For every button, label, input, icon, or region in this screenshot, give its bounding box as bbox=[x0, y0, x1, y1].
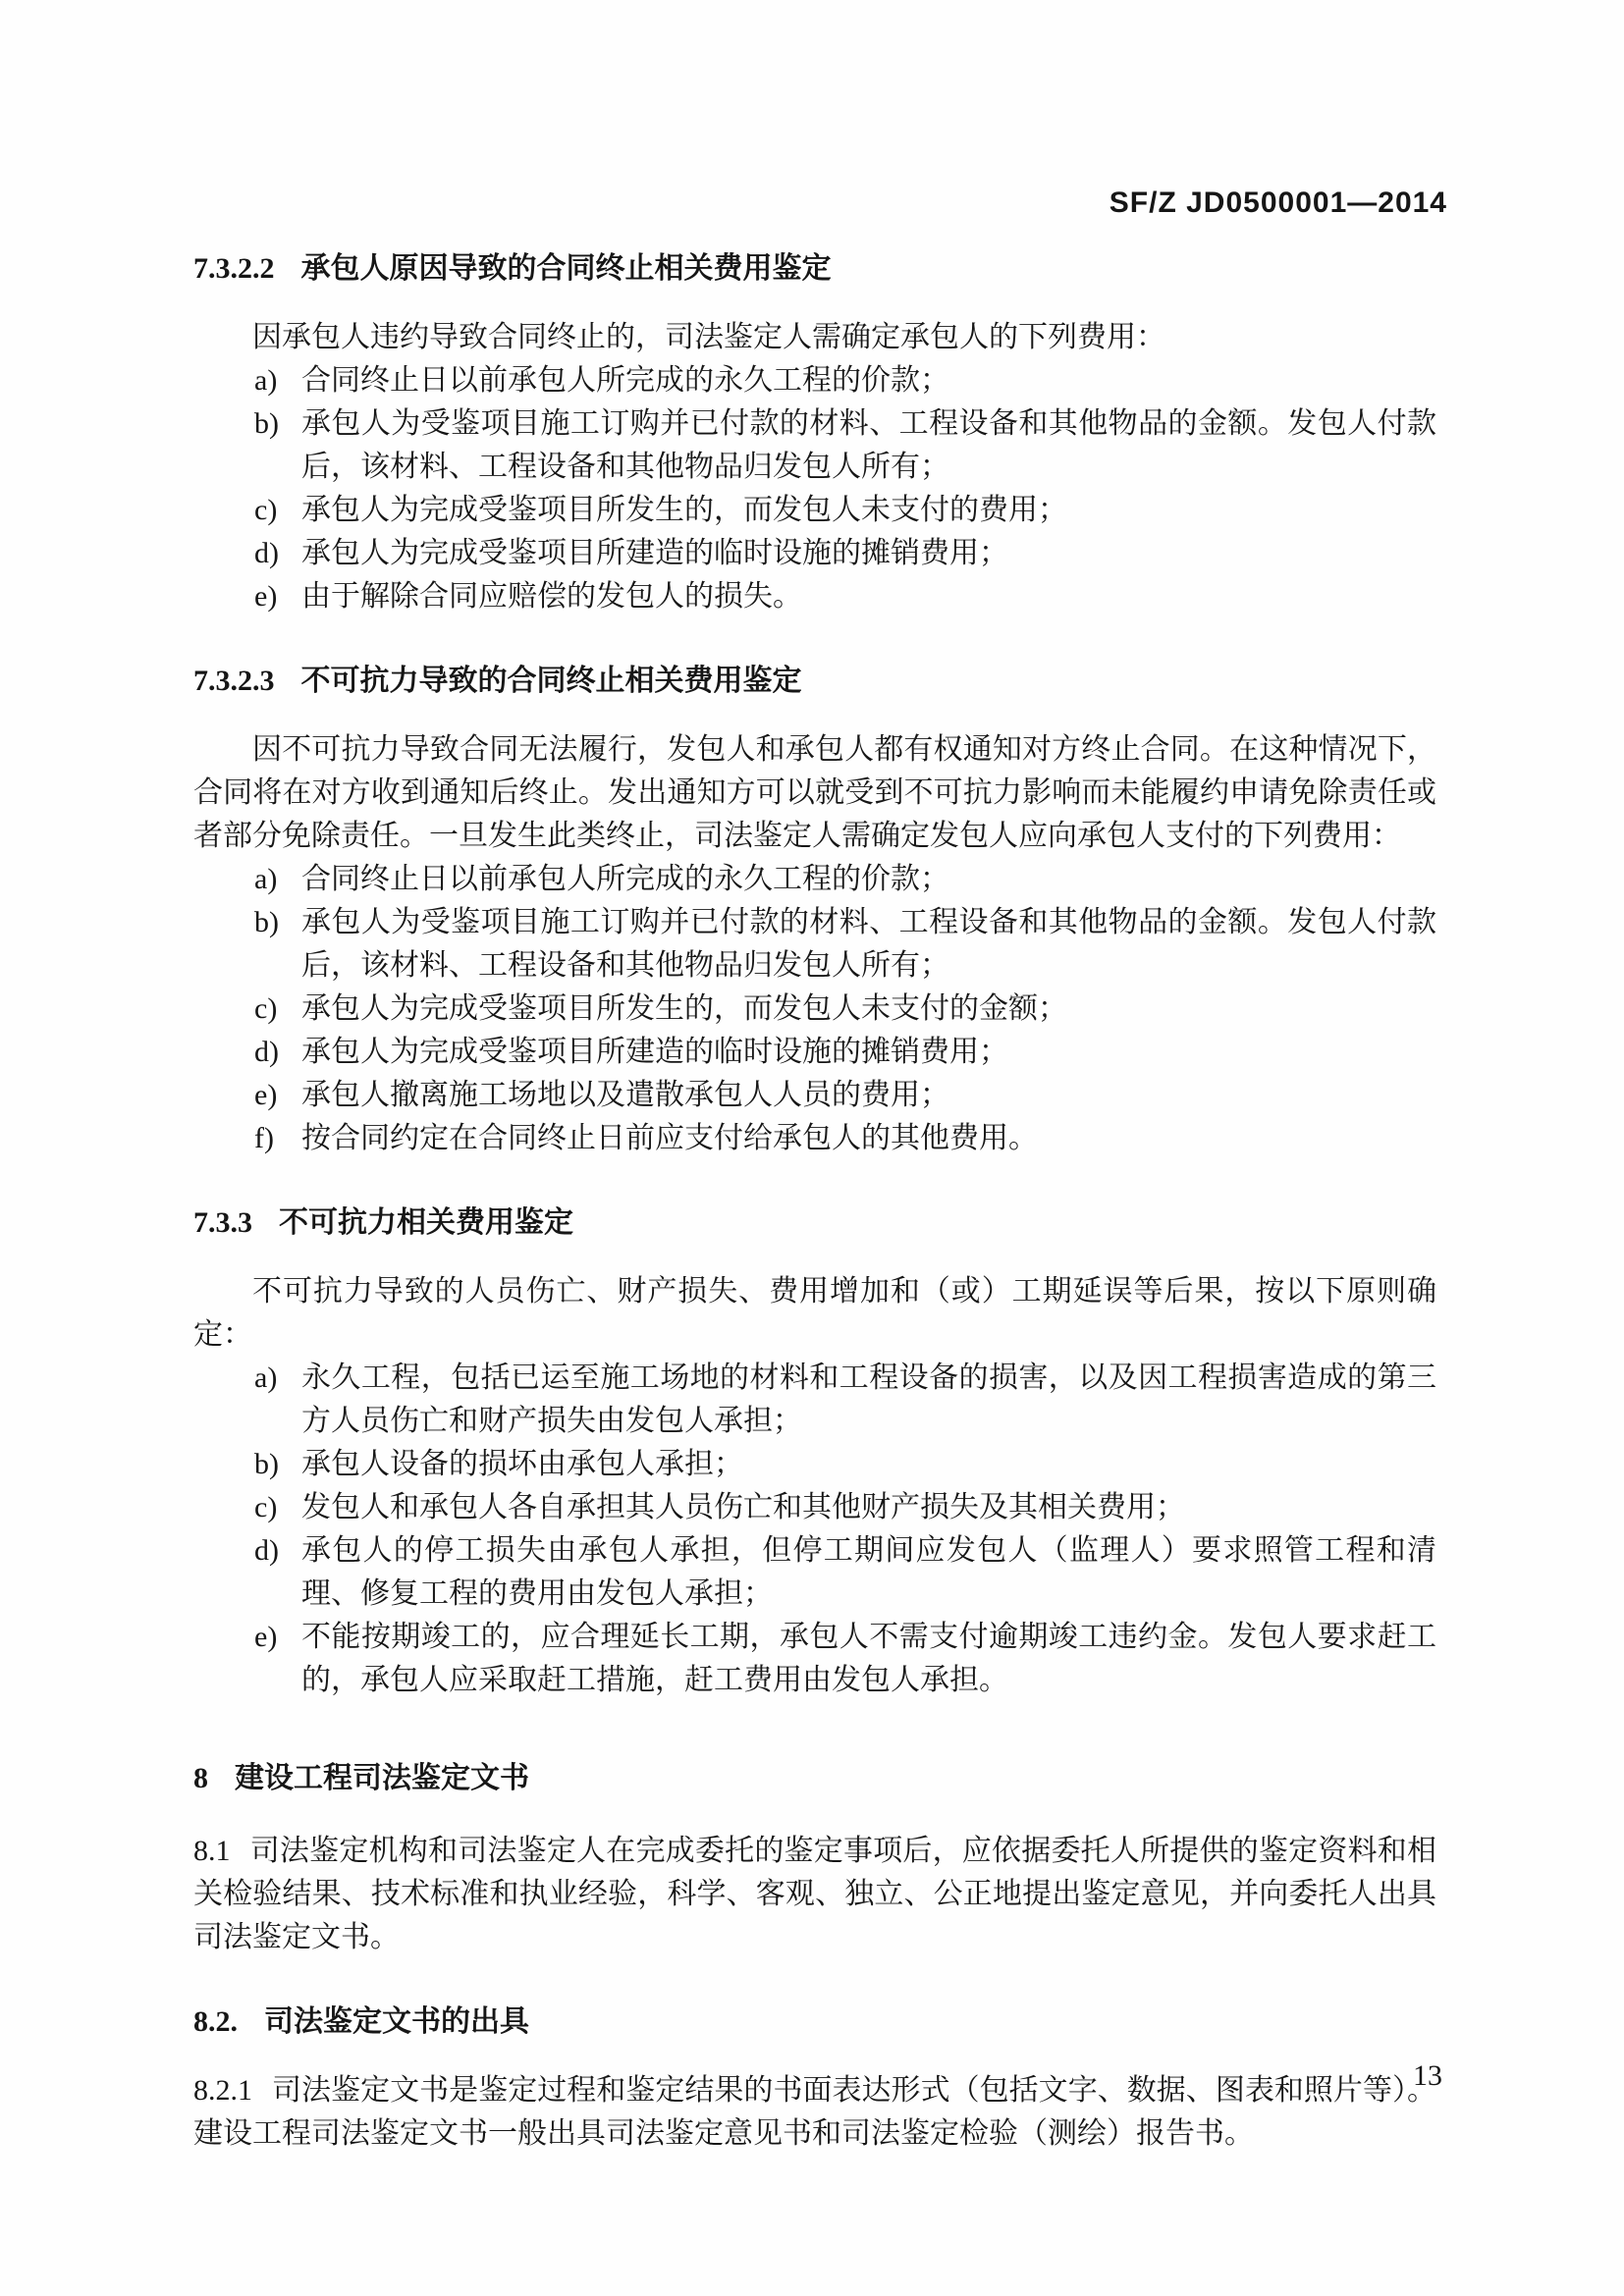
clause-821: 8.2.1司法鉴定文书是鉴定过程和鉴定结果的书面表达形式（包括文字、数据、图表和… bbox=[193, 2069, 1436, 2156]
section-heading-7323: 7.3.2.3不可抗力导致的合同终止相关费用鉴定 bbox=[193, 660, 1436, 703]
clause-text: 司法鉴定机构和司法鉴定人在完成委托的鉴定事项后，应依据委托人所提供的鉴定资料和相… bbox=[193, 1835, 1436, 1953]
section-intro-733: 不可抗力导致的人员伤亡、财产损失、费用增加和（或）工期延误等后果，按以下原则确定… bbox=[193, 1270, 1436, 1357]
list-item: d)承包人为完成受鉴项目所建造的临时设施的摊销费用； bbox=[193, 532, 1436, 575]
section-title: 承包人原因导致的合同终止相关费用鉴定 bbox=[301, 252, 832, 285]
list-item: c)承包人为完成受鉴项目所发生的，而发包人未支付的费用； bbox=[193, 489, 1436, 532]
chapter-number: 8 bbox=[193, 1757, 208, 1800]
list-item: b)承包人设备的损坏由承包人承担； bbox=[193, 1443, 1436, 1486]
list-item: a)合同终止日以前承包人所完成的永久工程的价款； bbox=[193, 359, 1436, 402]
section-number: 7.3.3 bbox=[193, 1201, 252, 1245]
list-item-label: f) bbox=[254, 1117, 274, 1160]
section-number: 7.3.2.3 bbox=[193, 660, 275, 703]
list-item: c)发包人和承包人各自承担其人员伤亡和其他财产损失及其相关费用； bbox=[193, 1486, 1436, 1529]
list-item-text: 承包人为完成受鉴项目所建造的临时设施的摊销费用； bbox=[301, 1036, 1008, 1068]
list-item-label: a) bbox=[254, 359, 277, 402]
list-item: d)承包人为完成受鉴项目所建造的临时设施的摊销费用； bbox=[193, 1031, 1436, 1074]
list-item: b)承包人为受鉴项目施工订购并已付款的材料、工程设备和其他物品的金额。发包人付款… bbox=[193, 402, 1436, 489]
list-item-label: a) bbox=[254, 858, 277, 901]
list-item-text: 承包人为受鉴项目施工订购并已付款的材料、工程设备和其他物品的金额。发包人付款后，… bbox=[301, 407, 1436, 483]
section-heading-7322: 7.3.2.2承包人原因导致的合同终止相关费用鉴定 bbox=[193, 247, 1436, 291]
list-item-text: 承包人为完成受鉴项目所发生的，而发包人未支付的金额； bbox=[301, 992, 1067, 1025]
list-item: f)按合同约定在合同终止日前应支付给承包人的其他费用。 bbox=[193, 1117, 1436, 1160]
list-item: b)承包人为受鉴项目施工订购并已付款的材料、工程设备和其他物品的金额。发包人付款… bbox=[193, 901, 1436, 988]
list-item-label: d) bbox=[254, 1031, 279, 1074]
list-item-label: d) bbox=[254, 1529, 279, 1573]
section-heading-733: 7.3.3不可抗力相关费用鉴定 bbox=[193, 1201, 1436, 1245]
list-item-text: 承包人的停工损失由承包人承担，但停工期间应发包人（监理人）要求照管工程和清理、修… bbox=[301, 1534, 1436, 1610]
list-item-text: 由于解除合同应赔偿的发包人的损失。 bbox=[301, 580, 802, 613]
list-item-text: 不能按期竣工的，应合理延长工期，承包人不需支付逾期竣工违约金。发包人要求赶工的，… bbox=[301, 1621, 1436, 1696]
list-item-label: e) bbox=[254, 1074, 277, 1117]
section-intro-7322: 因承包人违约导致合同终止的，司法鉴定人需确定承包人的下列费用： bbox=[193, 316, 1436, 359]
list-item: d)承包人的停工损失由承包人承担，但停工期间应发包人（监理人）要求照管工程和清理… bbox=[193, 1529, 1436, 1616]
list-item-text: 发包人和承包人各自承担其人员伤亡和其他财产损失及其相关费用； bbox=[301, 1491, 1185, 1523]
chapter-title: 建设工程司法鉴定文书 bbox=[235, 1762, 529, 1794]
page-number: 13 bbox=[1413, 2059, 1442, 2093]
list-item-text: 承包人撤离施工场地以及遣散承包人人员的费用； bbox=[301, 1079, 949, 1111]
clause-number: 8.2.1 bbox=[193, 2069, 252, 2112]
list-item-text: 承包人为完成受鉴项目所建造的临时设施的摊销费用； bbox=[301, 537, 1008, 569]
list-item-label: b) bbox=[254, 901, 279, 944]
list-item-label: d) bbox=[254, 532, 279, 575]
list-item: c)承包人为完成受鉴项目所发生的，而发包人未支付的金额； bbox=[193, 988, 1436, 1031]
list-item-label: b) bbox=[254, 1443, 279, 1486]
list-item-label: e) bbox=[254, 575, 277, 618]
page-content: 7.3.2.2承包人原因导致的合同终止相关费用鉴定 因承包人违约导致合同终止的，… bbox=[193, 0, 1436, 2156]
chapter-heading-8: 8建设工程司法鉴定文书 bbox=[193, 1757, 1436, 1800]
section-intro-7323: 因不可抗力导致合同无法履行，发包人和承包人都有权通知对方终止合同。在这种情况下，… bbox=[193, 728, 1436, 858]
list-item-text: 承包人为受鉴项目施工订购并已付款的材料、工程设备和其他物品的金额。发包人付款后，… bbox=[301, 906, 1436, 982]
list-item: a)合同终止日以前承包人所完成的永久工程的价款； bbox=[193, 858, 1436, 901]
list-item-label: c) bbox=[254, 489, 277, 532]
list-item-text: 合同终止日以前承包人所完成的永久工程的价款； bbox=[301, 364, 949, 397]
section-title: 不可抗力导致的合同终止相关费用鉴定 bbox=[301, 665, 802, 697]
list-item-label: a) bbox=[254, 1357, 277, 1400]
list-item-text: 承包人为完成受鉴项目所发生的，而发包人未支付的费用； bbox=[301, 494, 1067, 526]
clause-text: 司法鉴定文书是鉴定过程和鉴定结果的书面表达形式（包括文字、数据、图表和照片等）。… bbox=[193, 2074, 1436, 2150]
list-item: a)永久工程，包括已运至施工场地的材料和工程设备的损害，以及因工程损害造成的第三… bbox=[193, 1357, 1436, 1443]
list-item-text: 承包人设备的损坏由承包人承担； bbox=[301, 1448, 743, 1480]
list-item-label: b) bbox=[254, 402, 279, 446]
list-item-label: e) bbox=[254, 1616, 277, 1659]
list-item-text: 合同终止日以前承包人所完成的永久工程的价款； bbox=[301, 863, 949, 895]
clause-81: 8.1司法鉴定机构和司法鉴定人在完成委托的鉴定事项后，应依据委托人所提供的鉴定资… bbox=[193, 1830, 1436, 1959]
list-item: e)由于解除合同应赔偿的发包人的损失。 bbox=[193, 575, 1436, 618]
section-number: 7.3.2.2 bbox=[193, 247, 275, 291]
section-number: 8.2. bbox=[193, 2001, 238, 2044]
list-item: e)承包人撤离施工场地以及遣散承包人人员的费用； bbox=[193, 1074, 1436, 1117]
list-733: a)永久工程，包括已运至施工场地的材料和工程设备的损害，以及因工程损害造成的第三… bbox=[193, 1357, 1436, 1702]
list-item: e)不能按期竣工的，应合理延长工期，承包人不需支付逾期竣工违约金。发包人要求赶工… bbox=[193, 1616, 1436, 1702]
list-item-label: c) bbox=[254, 988, 277, 1031]
section-heading-82: 8.2.司法鉴定文书的出具 bbox=[193, 2001, 1436, 2044]
list-item-label: c) bbox=[254, 1486, 277, 1529]
section-title: 司法鉴定文书的出具 bbox=[264, 2005, 529, 2038]
list-7323: a)合同终止日以前承包人所完成的永久工程的价款； b)承包人为受鉴项目施工订购并… bbox=[193, 858, 1436, 1160]
list-item-text: 永久工程，包括已运至施工场地的材料和工程设备的损害，以及因工程损害造成的第三方人… bbox=[301, 1362, 1436, 1437]
section-title: 不可抗力相关费用鉴定 bbox=[279, 1206, 573, 1239]
list-item-text: 按合同约定在合同终止日前应支付给承包人的其他费用。 bbox=[301, 1122, 1038, 1154]
list-7322: a)合同终止日以前承包人所完成的永久工程的价款； b)承包人为受鉴项目施工订购并… bbox=[193, 359, 1436, 618]
document-page: SF/Z JD0500001—2014 7.3.2.2承包人原因导致的合同终止相… bbox=[0, 0, 1624, 2296]
clause-number: 8.1 bbox=[193, 1830, 231, 1873]
